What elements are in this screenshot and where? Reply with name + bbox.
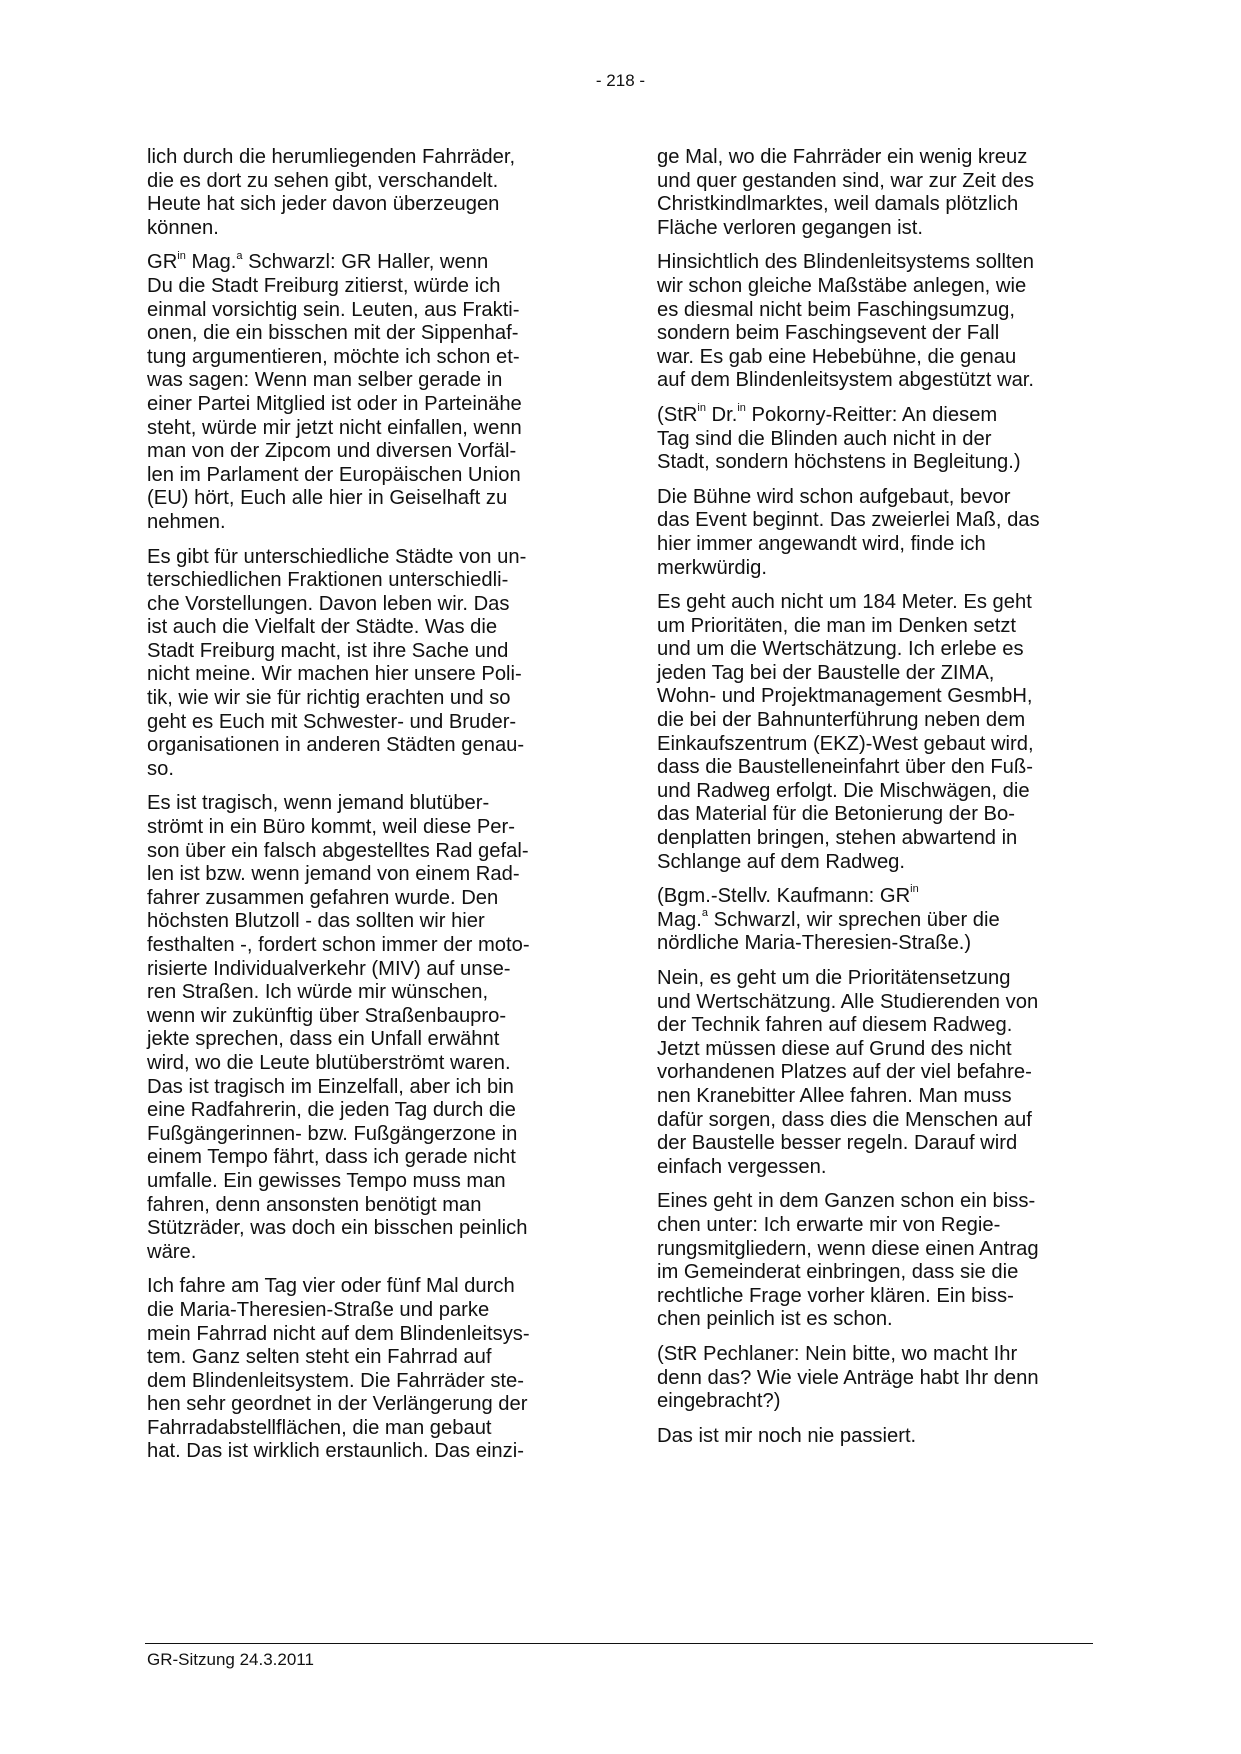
text-line: ge Mal, wo die Fahrräder ein wenig kreuz <box>657 146 1107 170</box>
speaker-text: Schwarzl: GR Haller, wenn <box>242 251 488 273</box>
text-line: höchsten Blutzoll - das sollten wir hier <box>147 910 597 934</box>
text-line: len ist bzw. wenn jemand von einem Rad- <box>147 863 597 887</box>
text-line: wäre. <box>147 1241 597 1265</box>
text-line: die es dort zu sehen gibt, verschandelt. <box>147 170 597 194</box>
speaker-degree: Dr. <box>706 404 737 426</box>
paragraph: Das ist mir noch nie passiert. <box>657 1425 1107 1449</box>
text-line: Es gibt für unterschiedliche Städte von … <box>147 546 597 570</box>
text-line: geht es Euch mit Schwester- und Bruder- <box>147 711 597 735</box>
text-line: auf dem Blindenleitsystem abgestützt war… <box>657 369 1107 393</box>
text-line: Eines geht in dem Ganzen schon ein biss- <box>657 1190 1107 1214</box>
title-suffix: in <box>177 250 186 262</box>
text-line: sondern beim Faschingsevent der Fall <box>657 322 1107 346</box>
text-line: das Event beginnt. Das zweierlei Maß, da… <box>657 509 1107 533</box>
text-line: Stadt, sondern höchstens in Begleitung.) <box>657 451 1107 475</box>
text-line: Das ist mir noch nie passiert. <box>657 1425 1107 1449</box>
text-line: Das ist tragisch im Einzelfall, aber ich… <box>147 1076 597 1100</box>
footer-session-date: GR-Sitzung 24.3.2011 <box>147 1650 314 1670</box>
text-line: Tag sind die Blinden auch nicht in der <box>657 428 1107 452</box>
text-line: tung argumentieren, möchte ich schon et- <box>147 346 597 370</box>
text-line: dass die Baustelleneinfahrt über den Fuß… <box>657 756 1107 780</box>
text-line: len im Parlament der Europäischen Union <box>147 464 597 488</box>
speaker-line: GRin Mag.a Schwarzl: GR Haller, wenn <box>147 251 597 275</box>
text-line: die bei der Bahnunterführung neben dem <box>657 709 1107 733</box>
text-line: die Maria-Theresien-Straße und parke <box>147 1299 597 1323</box>
text-line: Hinsichtlich des Blindenleitsystems soll… <box>657 251 1107 275</box>
text-line: nicht meine. Wir machen hier unsere Poli… <box>147 663 597 687</box>
degree-suffix: a <box>702 907 708 919</box>
text-line: war. Es gab eine Hebebühne, die genau <box>657 346 1107 370</box>
text-line: man von der Zipcom und diversen Vorfäl- <box>147 440 597 464</box>
text-line: denn das? Wie viele Anträge habt Ihr den… <box>657 1367 1107 1391</box>
paragraph: Ich fahre am Tag vier oder fünf Mal durc… <box>147 1275 597 1464</box>
interjection-paragraph: (StRin Dr.in Pokorny-Reitter: An diesem … <box>657 404 1107 475</box>
text-line: nördliche Maria-Theresien-Straße.) <box>657 932 1107 956</box>
text-line: fahren, denn ansonsten benötigt man <box>147 1194 597 1218</box>
text-line: onen, die ein bisschen mit der Sippenhaf… <box>147 322 597 346</box>
degree-suffix: in <box>737 402 746 414</box>
text-line: terschiedlichen Fraktionen unterschiedli… <box>147 569 597 593</box>
text-line: rechtliche Frage vorher klären. Ein biss… <box>657 1285 1107 1309</box>
text-line: jeden Tag bei der Baustelle der ZIMA, <box>657 662 1107 686</box>
speaker-line: Mag.a Schwarzl, wir sprechen über die <box>657 909 1107 933</box>
text-line: merkwürdig. <box>657 557 1107 581</box>
text-line: tem. Ganz selten steht ein Fahrrad auf <box>147 1346 597 1370</box>
text-line: jekte sprechen, dass ein Unfall erwähnt <box>147 1028 597 1052</box>
paragraph: Hinsichtlich des Blindenleitsystems soll… <box>657 251 1107 393</box>
text-line: ist auch die Vielfalt der Städte. Was di… <box>147 616 597 640</box>
text-line: dafür sorgen, dass dies die Menschen auf <box>657 1109 1107 1133</box>
text-line: und um die Wertschätzung. Ich erlebe es <box>657 638 1107 662</box>
text-line: son über ein falsch abgestelltes Rad gef… <box>147 840 597 864</box>
text-line: nehmen. <box>147 511 597 535</box>
paragraph: Es ist tragisch, wenn jemand blutüber-st… <box>147 792 597 1264</box>
right-column: ge Mal, wo die Fahrräder ein wenig kreuz… <box>657 146 1107 1459</box>
text-line: Es ist tragisch, wenn jemand blutüber- <box>147 792 597 816</box>
text-line: Fußgängerinnen- bzw. Fußgängerzone in <box>147 1123 597 1147</box>
text-line: einem Tempo fährt, dass ich gerade nicht <box>147 1146 597 1170</box>
text-line: ren Straßen. Ich würde mir wünschen, <box>147 981 597 1005</box>
text-line: Du die Stadt Freiburg zitierst, würde ic… <box>147 275 597 299</box>
text-line: fahrer zusammen gefahren wurde. Den <box>147 887 597 911</box>
text-line: und quer gestanden sind, war zur Zeit de… <box>657 170 1107 194</box>
text-line: Die Bühne wird schon aufgebaut, bevor <box>657 486 1107 510</box>
text-line: wir schon gleiche Maßstäbe anlegen, wie <box>657 275 1107 299</box>
text-line: im Gemeinderat einbringen, dass sie die <box>657 1261 1107 1285</box>
text-line: festhalten -, fordert schon immer der mo… <box>147 934 597 958</box>
title-suffix: in <box>910 883 919 895</box>
text-line: umfalle. Ein gewisses Tempo muss man <box>147 1170 597 1194</box>
text-line: Ich fahre am Tag vier oder fünf Mal durc… <box>147 1275 597 1299</box>
paragraph: Nein, es geht um die Prioritätensetzungu… <box>657 967 1107 1179</box>
text-line: Heute hat sich jeder davon überzeugen <box>147 193 597 217</box>
paragraph: Es gibt für unterschiedliche Städte von … <box>147 546 597 782</box>
text-line: risierte Individualverkehr (MIV) auf uns… <box>147 958 597 982</box>
speaker-title: (Bgm.-Stellv. Kaufmann: GR <box>657 885 910 907</box>
text-line: was sagen: Wenn man selber gerade in <box>147 369 597 393</box>
speaker-line: (StRin Dr.in Pokorny-Reitter: An diesem <box>657 404 1107 428</box>
text-line: können. <box>147 217 597 241</box>
text-line: rungsmitgliedern, wenn diese einen Antra… <box>657 1238 1107 1262</box>
text-line: (EU) hört, Euch alle hier in Geiselhaft … <box>147 487 597 511</box>
title-suffix: in <box>697 402 706 414</box>
text-line: und Wertschätzung. Alle Studierenden von <box>657 991 1107 1015</box>
text-line: che Vorstellungen. Davon leben wir. Das <box>147 593 597 617</box>
text-line: chen unter: Ich erwarte mir von Regie- <box>657 1214 1107 1238</box>
text-line: wenn wir zukünftig über Straßenbaupro- <box>147 1005 597 1029</box>
interjection-paragraph: (StR Pechlaner: Nein bitte, wo macht Ihr… <box>657 1343 1107 1414</box>
paragraph: lich durch die herumliegenden Fahrräder,… <box>147 146 597 240</box>
text-line: Stützräder, was doch ein bisschen peinli… <box>147 1217 597 1241</box>
speaker-degree: Mag. <box>186 251 237 273</box>
text-line: Stadt Freiburg macht, ist ihre Sache und <box>147 640 597 664</box>
paragraph: Die Bühne wird schon aufgebaut, bevordas… <box>657 486 1107 580</box>
text-line: nen Kranebitter Allee fahren. Man muss <box>657 1085 1107 1109</box>
text-line: eingebracht?) <box>657 1390 1107 1414</box>
text-line: tik, wie wir sie für richtig erachten un… <box>147 687 597 711</box>
text-line: (StR Pechlaner: Nein bitte, wo macht Ihr <box>657 1343 1107 1367</box>
text-line: einfach vergessen. <box>657 1156 1107 1180</box>
text-line: Es geht auch nicht um 184 Meter. Es geht <box>657 591 1107 615</box>
text-line: hen sehr geordnet in der Verlängerung de… <box>147 1393 597 1417</box>
left-column: lich durch die herumliegenden Fahrräder,… <box>147 146 597 1475</box>
text-line: der Baustelle besser regeln. Darauf wird <box>657 1132 1107 1156</box>
text-line: Jetzt müssen diese auf Grund des nicht <box>657 1038 1107 1062</box>
text-line: wird, wo die Leute blutüberströmt waren. <box>147 1052 597 1076</box>
text-line: organisationen in anderen Städten genau- <box>147 734 597 758</box>
text-line: Schlange auf dem Radweg. <box>657 851 1107 875</box>
text-line: es diesmal nicht beim Faschingsumzug, <box>657 299 1107 323</box>
text-line: Christkindlmarktes, weil damals plötzlic… <box>657 193 1107 217</box>
text-line: einer Partei Mitglied ist oder in Partei… <box>147 393 597 417</box>
text-line: denplatten bringen, stehen abwartend in <box>657 827 1107 851</box>
text-line: chen peinlich ist es schon. <box>657 1308 1107 1332</box>
degree-suffix: a <box>236 250 242 262</box>
text-line: lich durch die herumliegenden Fahrräder, <box>147 146 597 170</box>
text-line: hier immer angewandt wird, finde ich <box>657 533 1107 557</box>
page-number: - 218 - <box>0 71 1241 91</box>
text-line: Fahrradabstellflächen, die man gebaut <box>147 1417 597 1441</box>
speaker-line: (Bgm.-Stellv. Kaufmann: GRin <box>657 885 1107 909</box>
text-line: steht, würde mir jetzt nicht einfallen, … <box>147 417 597 441</box>
text-line: Einkaufszentrum (EKZ)-West gebaut wird, <box>657 733 1107 757</box>
text-line: einmal vorsichtig sein. Leuten, aus Frak… <box>147 299 597 323</box>
speaker-degree: Mag. <box>657 909 702 931</box>
speaker-paragraph: GRin Mag.a Schwarzl: GR Haller, wenn Du … <box>147 251 597 534</box>
text-line: und Radweg erfolgt. Die Mischwägen, die <box>657 780 1107 804</box>
speaker-title: (StR <box>657 404 697 426</box>
text-line: Wohn- und Projektmanagement GesmbH, <box>657 685 1107 709</box>
speaker-title: GR <box>147 251 177 273</box>
text-line: mein Fahrrad nicht auf dem Blindenleitsy… <box>147 1323 597 1347</box>
text-line: eine Radfahrerin, die jeden Tag durch di… <box>147 1099 597 1123</box>
text-line: um Prioritäten, die man im Denken setzt <box>657 615 1107 639</box>
paragraph: Es geht auch nicht um 184 Meter. Es geht… <box>657 591 1107 874</box>
paragraph: Eines geht in dem Ganzen schon ein biss-… <box>657 1190 1107 1332</box>
text-line: Fläche verloren gegangen ist. <box>657 217 1107 241</box>
text-line: Nein, es geht um die Prioritätensetzung <box>657 967 1107 991</box>
text-line: hat. Das ist wirklich erstaunlich. Das e… <box>147 1440 597 1464</box>
interjection-paragraph: (Bgm.-Stellv. Kaufmann: GRin Mag.a Schwa… <box>657 885 1107 956</box>
text-line: dem Blindenleitsystem. Die Fahrräder ste… <box>147 1370 597 1394</box>
text-line: das Material für die Betonierung der Bo- <box>657 803 1107 827</box>
speaker-text: Pokorny-Reitter: An diesem <box>746 404 997 426</box>
paragraph: ge Mal, wo die Fahrräder ein wenig kreuz… <box>657 146 1107 240</box>
text-line: vorhandenen Platzes auf der viel befahre… <box>657 1061 1107 1085</box>
text-line: der Technik fahren auf diesem Radweg. <box>657 1014 1107 1038</box>
speaker-text: Schwarzl, wir sprechen über die <box>708 909 1000 931</box>
footer-divider <box>145 1643 1093 1644</box>
text-line: so. <box>147 758 597 782</box>
text-line: strömt in ein Büro kommt, weil diese Per… <box>147 816 597 840</box>
